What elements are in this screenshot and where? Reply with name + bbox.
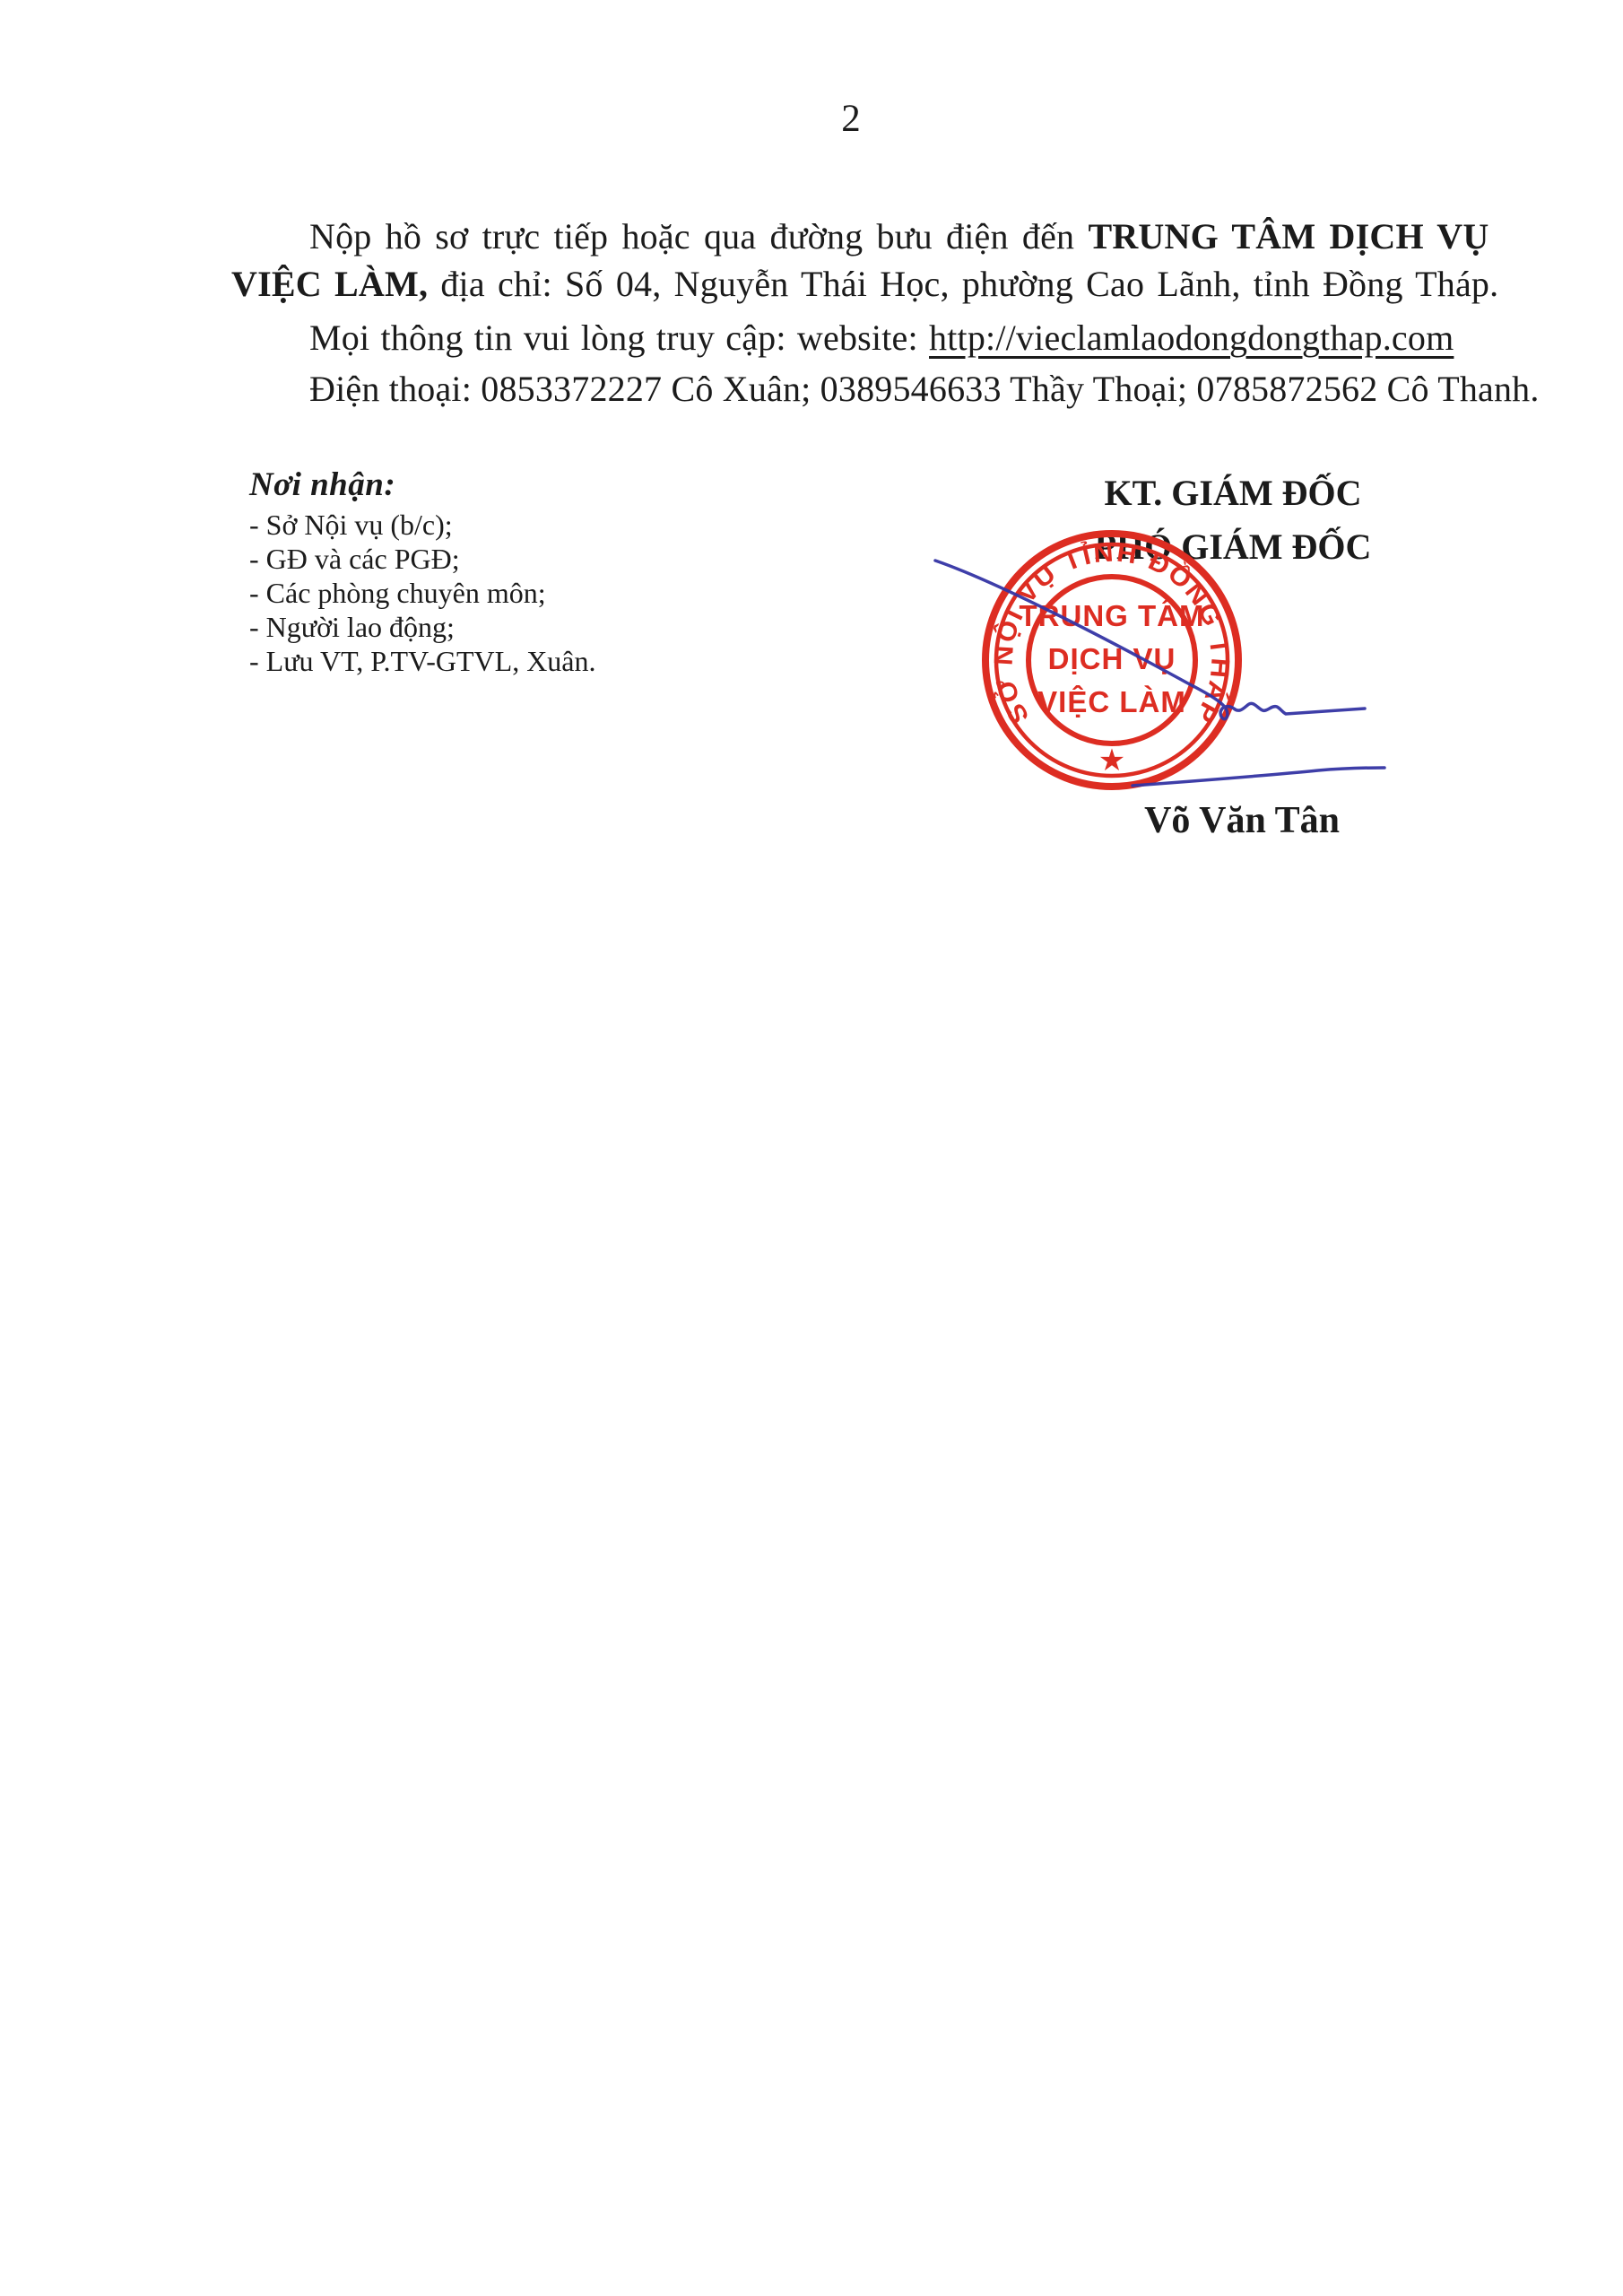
handwritten-signature: [897, 520, 1435, 807]
phone-line: Điện thoại: 0853372227 Cô Xuân; 03895466…: [309, 368, 1540, 410]
org-name-part-1: TRUNG TÂM DỊCH VỤ: [1088, 216, 1488, 257]
paragraph-line-2-text: địa chỉ: Số 04, Nguyễn Thái Học, phường …: [428, 264, 1498, 304]
signer-name: Võ Văn Tân: [1058, 799, 1426, 842]
signature-stroke-main: [935, 561, 1365, 719]
recipients-list: - Sở Nội vụ (b/c); - GĐ và các PGĐ; - Cá…: [249, 508, 596, 678]
recipients-heading: Nơi nhận:: [249, 465, 395, 504]
recipient-item: - GĐ và các PGĐ;: [249, 542, 596, 576]
recipient-item: - Sở Nội vụ (b/c);: [249, 508, 596, 542]
paragraph-line-1: Nộp hồ sơ trực tiếp hoặc qua đường bưu đ…: [309, 215, 1488, 257]
website-label: Mọi thông tin vui lòng truy cập: website…: [309, 317, 929, 358]
signature-stroke-underline: [1133, 768, 1384, 786]
paragraph-line-2: VIỆC LÀM, địa chỉ: Số 04, Nguyễn Thái Họ…: [231, 263, 1498, 305]
recipient-item: - Lưu VT, P.TV-GTVL, Xuân.: [249, 644, 596, 678]
recipient-item: - Các phòng chuyên môn;: [249, 576, 596, 610]
recipient-item: - Người lao động;: [249, 610, 596, 644]
signatory-title-line-1: KT. GIÁM ĐỐC: [1022, 466, 1444, 520]
paragraph-line-1-text: Nộp hồ sơ trực tiếp hoặc qua đường bưu đ…: [309, 216, 1088, 257]
paragraph-line-3: Mọi thông tin vui lòng truy cập: website…: [309, 317, 1454, 359]
org-name-part-2: VIỆC LÀM,: [231, 264, 428, 304]
document-page: 2 Nộp hồ sơ trực tiếp hoặc qua đường bưu…: [0, 0, 1623, 2296]
website-link[interactable]: http://vieclamlaodongdongthap.com: [929, 317, 1454, 358]
page-number: 2: [761, 97, 941, 141]
